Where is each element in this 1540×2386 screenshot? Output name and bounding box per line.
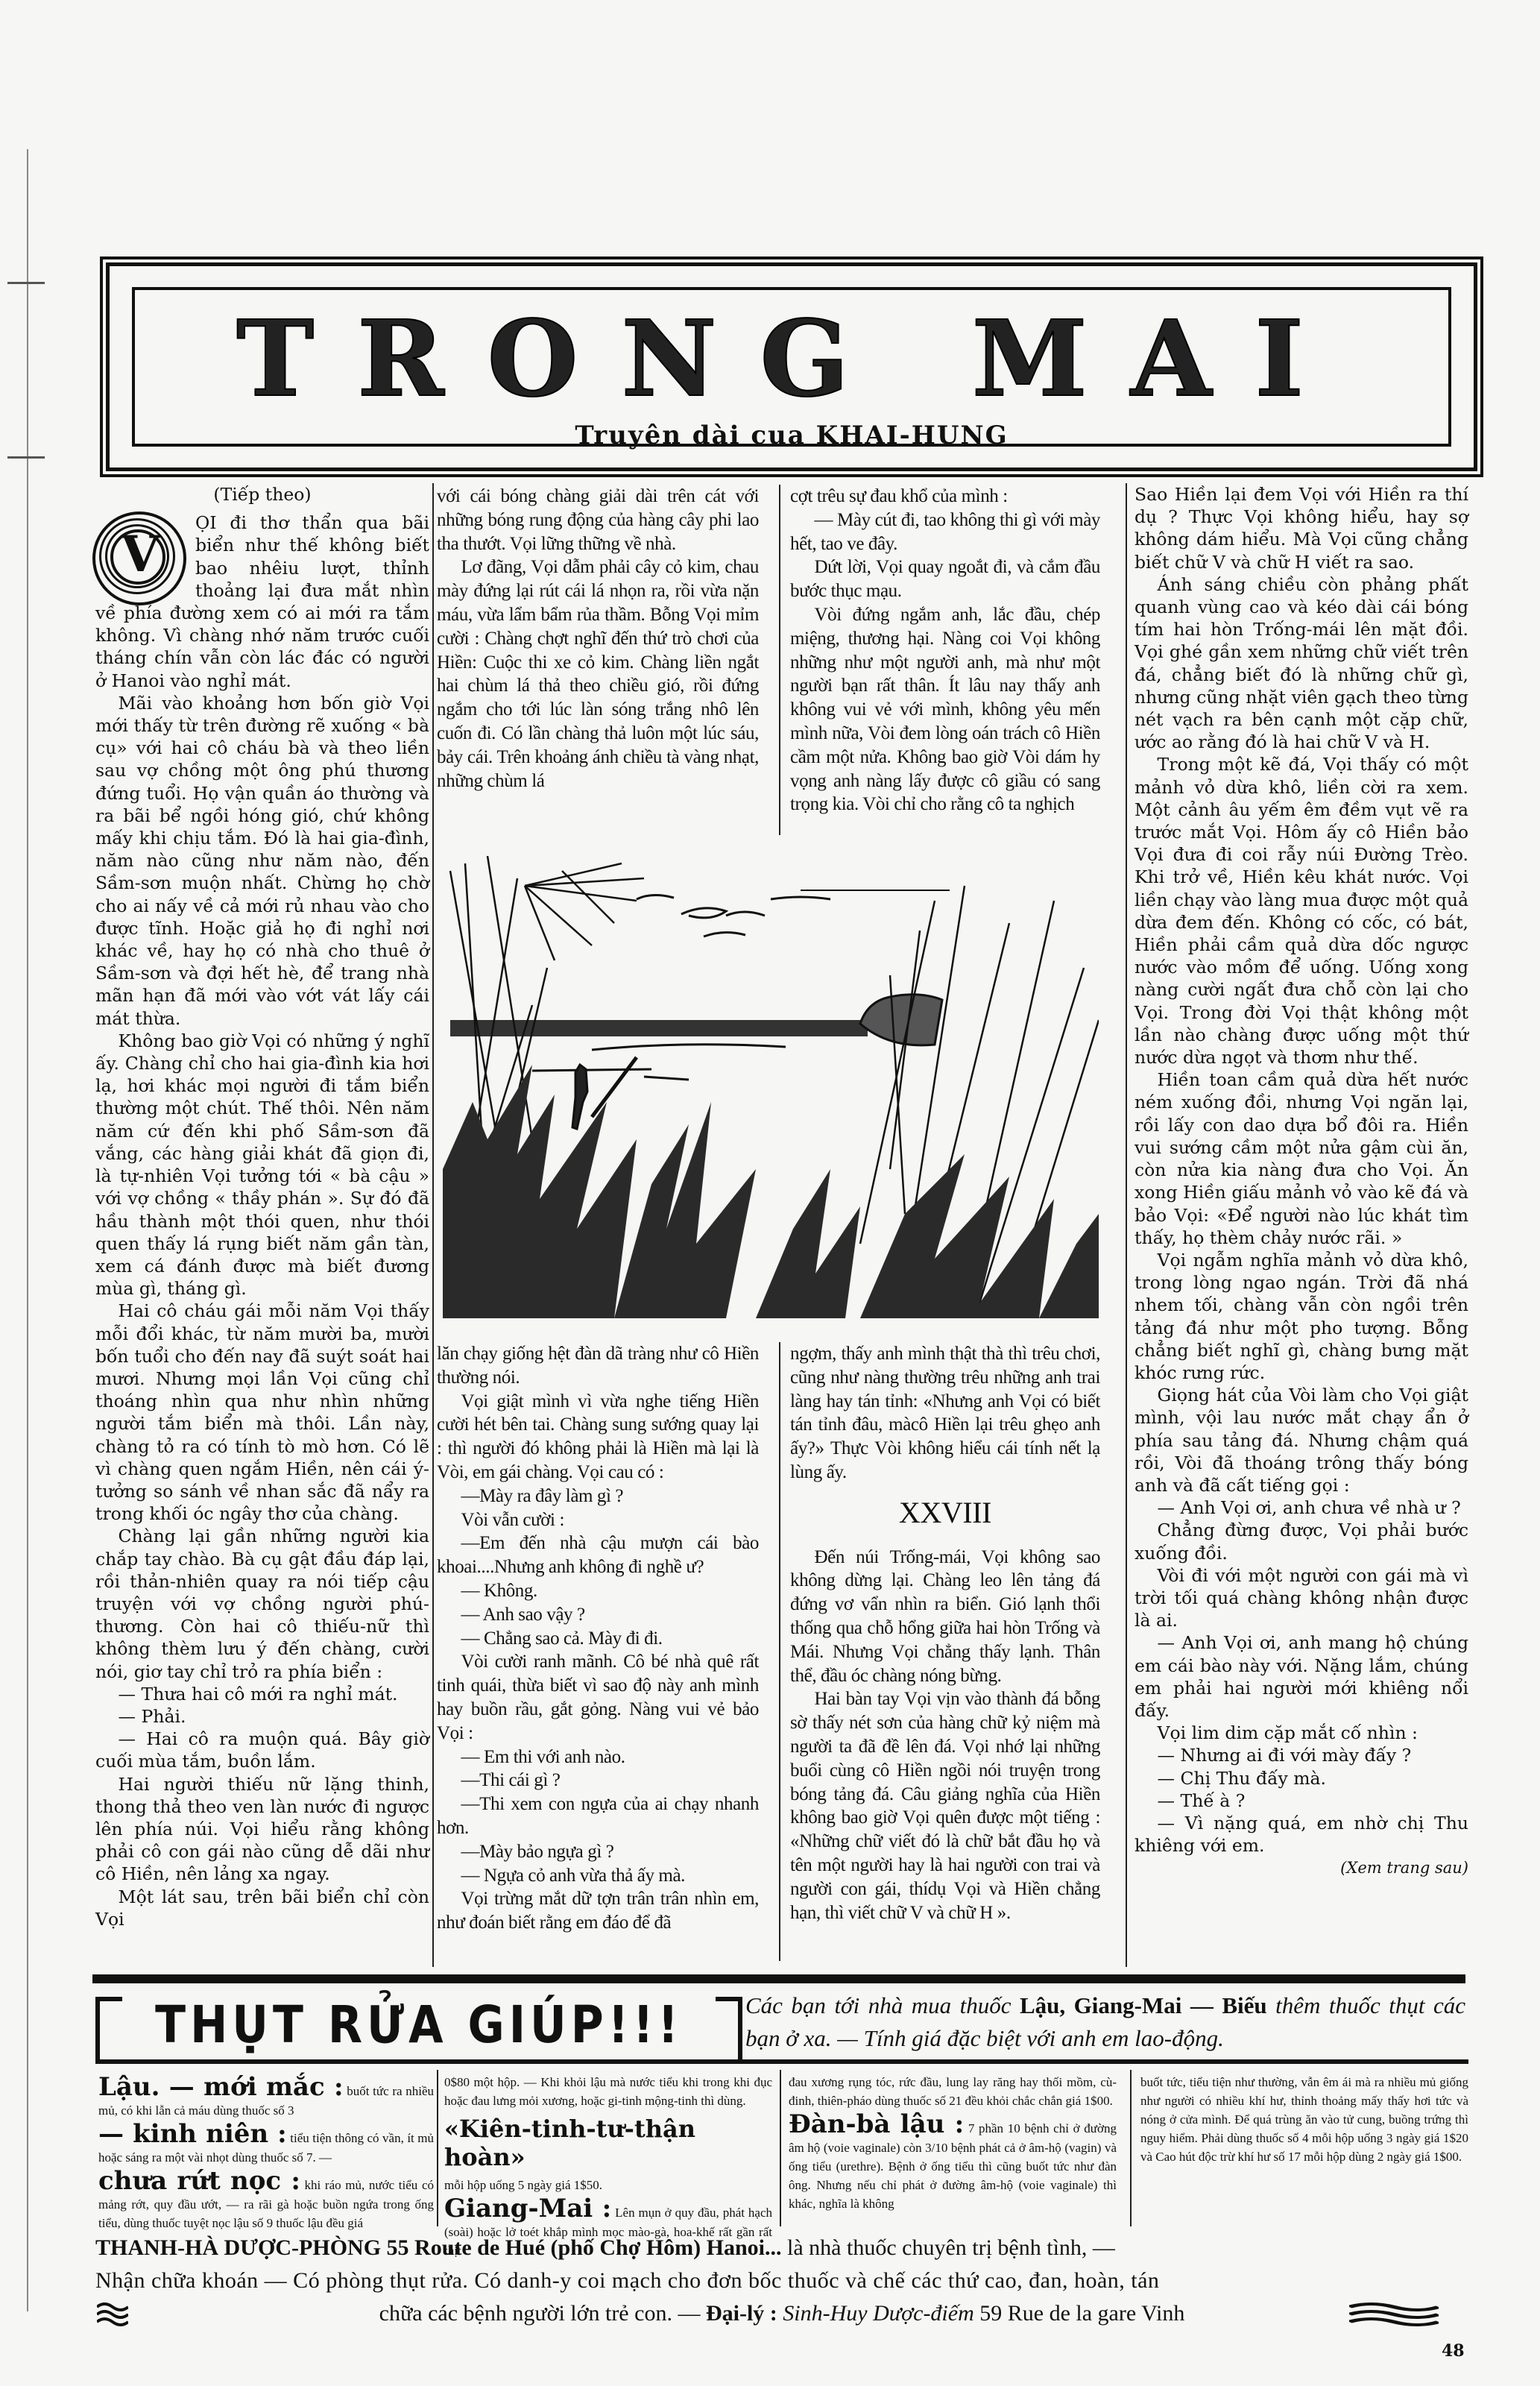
paragraph: với cái bóng chàng giải dài trên cát với… xyxy=(437,485,759,555)
edge-mark xyxy=(7,456,45,459)
paragraph: cợt trêu sự đau khổ của mình : xyxy=(790,485,1100,509)
paragraph: Hai cô cháu gái mỗi năm Vọi thấy mỗi đổi… xyxy=(95,1300,429,1525)
paragraph: Vọi lim dim cặp mắt cố nhìn : xyxy=(1135,1722,1468,1744)
pharmacy-services-line: Nhận chữa khoán — Có phòng thụt rửa. Có … xyxy=(95,2267,1468,2295)
paragraph: Vọi trừng mắt dữ tợn trân trân nhìn em, … xyxy=(437,1887,759,1935)
paragraph: Vòi cười ranh mãnh. Cô bé nhà quê rất ti… xyxy=(437,1650,759,1745)
page-fold-line xyxy=(27,149,28,2311)
chapter-heading: XXVIII xyxy=(790,1501,1100,1525)
paragraph: Lơ đãng, Vọi dẫm phải cây cỏ kim, chau m… xyxy=(437,555,759,793)
paragraph: Chàng lại gần những người kia chắp tay c… xyxy=(95,1525,429,1682)
ad-column-divider xyxy=(437,2070,438,2226)
dialogue-line: — Nhưng ai đi với mày đấy ? xyxy=(1135,1744,1468,1766)
dialogue-line: —Mày ra đây làm gì ? xyxy=(437,1485,759,1508)
wave-ornament-icon xyxy=(1349,2302,1439,2328)
ad-top-rule xyxy=(92,1974,1465,1983)
dialogue-line: — Hai cô ra muộn quá. Bây giờ cuối mùa t… xyxy=(95,1728,429,1772)
paragraph: Vòi đứng ngắm anh, lắc đầu, chép miệng, … xyxy=(790,603,1100,816)
ad-box-rule xyxy=(95,2059,1468,2064)
beach-scene-illustration xyxy=(443,856,1099,1318)
ad-headline: THỤT RỬA GIÚP!!! xyxy=(122,1991,716,2059)
paragraph: Đến núi Trống-mái, Vọi không sao không d… xyxy=(790,1546,1100,1688)
paragraph: Giọng hát của Vòi làm cho Vọi giật mình,… xyxy=(1135,1384,1468,1496)
wave-ornament-icon xyxy=(97,2302,128,2328)
dialogue-line: —Em đến nhà cậu mượn cái bào khoai....Nh… xyxy=(437,1532,759,1579)
dialogue-line: — Anh Vọi ơi, anh chưa về nhà ư ? xyxy=(1135,1496,1468,1519)
paragraph: Vọi ngẫm nghĩa mảnh vỏ dừa khô, trong lò… xyxy=(1135,1249,1468,1384)
story-column-2-bottom: lăn chạy giống hệt đàn dã tràng như cô H… xyxy=(437,1342,759,1935)
dialogue-line: — Phải. xyxy=(95,1705,429,1728)
paragraph: Vọi giật mình vì vừa nghe tiếng Hiền cườ… xyxy=(437,1390,759,1485)
paragraph: Trong một kẽ đá, Vọi thấy có một mảnh vỏ… xyxy=(1135,753,1468,1068)
paragraph: Vòi đi với một người con gái mà vì trời … xyxy=(1135,1564,1468,1632)
paragraph: ngợm, thấy anh mình thật thà thì trêu ch… xyxy=(790,1342,1100,1485)
paragraph: Không bao giờ Vọi có những ý nghĩ ấy. Ch… xyxy=(95,1030,429,1300)
edge-mark xyxy=(7,282,45,284)
dropcap-v-icon: V xyxy=(92,511,188,599)
product-name: «Kiên-tinh-tư-thận hoàn» xyxy=(444,2115,772,2171)
paragraph: Vòi vẫn cười : xyxy=(437,1508,759,1532)
ad-column-1: Lậu. — mới mắc : buốt tức ra nhiều mủ, c… xyxy=(98,2073,434,2232)
paragraph: Ánh sáng chiều còn phảng phất quanh vùng… xyxy=(1135,573,1468,754)
dialogue-line: — Anh sao vậy ? xyxy=(437,1603,759,1627)
ad-column-2: 0$80 một hộp. — Khi khỏi lậu mà nước tiể… xyxy=(444,2073,772,2260)
masthead-frame: TRONG MAI Truyên dài cua KHAI-HUNG xyxy=(106,262,1477,471)
ad-column-4: buốt tức, tiểu tiện như thường, vẫn êm á… xyxy=(1140,2073,1468,2166)
pharmacy-address-line: THANH-HÀ DƯỢC-PHÒNG 55 Route de Hué (phố… xyxy=(95,2234,1468,2262)
story-column-4: Sao Hiền lại đem Vọi với Hiền ra thí dụ … xyxy=(1135,483,1468,1880)
ad-tagline: Các bạn tới nhà mua thuốc Lậu, Giang-Mai… xyxy=(745,1989,1465,2055)
ad-column-3: đau xương rụng tóc, rức đầu, lung lay ră… xyxy=(789,2073,1117,2213)
column-divider xyxy=(779,1342,780,1961)
paragraph: Sao Hiền lại đem Vọi với Hiền ra thí dụ … xyxy=(1135,483,1468,573)
paragraph: Chẳng đừng được, Vọi phải bước xuống đồi… xyxy=(1135,1519,1468,1564)
story-title: TRONG MAI xyxy=(135,303,1448,415)
dialogue-line: — Ngựa cỏ anh vừa thả ấy mà. xyxy=(437,1864,759,1888)
dialogue-line: — Không. xyxy=(437,1579,759,1603)
dialogue-line: — Anh Vọi ơi, anh mang hộ chúng em cái b… xyxy=(1135,1631,1468,1722)
column-divider xyxy=(432,483,434,1967)
paragraph: Dứt lời, Vọi quay ngoắt đi, và cắm đầu b… xyxy=(790,555,1100,603)
story-subtitle: Truyên dài cua KHAI-HUNG xyxy=(135,421,1448,450)
paragraph: lăn chạy giống hệt đàn dã tràng như cô H… xyxy=(437,1342,759,1390)
paragraph: Hai bàn tay Vọi vịn vào thành đá bỗng sờ… xyxy=(790,1687,1100,1924)
dialogue-line: — Thế à ? xyxy=(1135,1789,1468,1812)
dialogue-line: — Chẳng sao cả. Mày đi đi. xyxy=(437,1627,759,1651)
story-column-2-top: với cái bóng chàng giải dài trên cát với… xyxy=(437,485,759,793)
story-column-3-bottom: ngợm, thấy anh mình thật thà thì trêu ch… xyxy=(790,1342,1100,1924)
pharmacy-agent-line: chữa các bệnh người lớn trẻ con. — Đại-l… xyxy=(95,2300,1468,2328)
ad-column-divider xyxy=(1130,2070,1132,2226)
paragraph: Hai người thiếu nữ lặng thinh, thong thả… xyxy=(95,1773,429,1886)
paragraph: Một lát sau, trên bãi biển chỉ còn Vọi xyxy=(95,1886,429,1930)
dialogue-line: — Vì nặng quá, em nhờ chị Thu khiêng với… xyxy=(1135,1812,1468,1857)
masthead-inner-frame: TRONG MAI Truyên dài cua KHAI-HUNG xyxy=(132,287,1451,447)
dialogue-line: — Mày cút đi, tao không thi gì với mày h… xyxy=(790,509,1100,556)
column-divider xyxy=(1126,483,1127,1967)
dialogue-line: — Thưa hai cô mới ra nghỉ mát. xyxy=(95,1683,429,1705)
dialogue-line: — Em thi với anh nào. xyxy=(437,1746,759,1769)
dialogue-line: — Chị Thu đấy mà. xyxy=(1135,1767,1468,1789)
see-next-page-label: (Xem trang sau) xyxy=(1135,1857,1468,1879)
ad-headline-box: THỤT RỬA GIÚP!!! xyxy=(95,1997,742,2064)
dialogue-line: —Thi xem con ngựa của ai chạy nhanh hơn. xyxy=(437,1792,759,1840)
dialogue-line: —Thi cái gì ? xyxy=(437,1769,759,1792)
story-column-3-top: cợt trêu sự đau khổ của mình : — Mày cút… xyxy=(790,485,1100,816)
dialogue-line: —Mày bảo ngựa gì ? xyxy=(437,1840,759,1864)
page-number: 48 xyxy=(1442,2341,1465,2361)
column-divider xyxy=(779,485,780,835)
paragraph: Hiền toan cầm quả dừa hết nước ném xuống… xyxy=(1135,1068,1468,1249)
continued-label: (Tiếp theo) xyxy=(95,483,429,506)
paragraph: Mãi vào khoảng hơn bốn giờ Vọi mới thấy … xyxy=(95,692,429,1030)
ad-column-divider xyxy=(780,2070,781,2226)
newspaper-page: TRONG MAI Truyên dài cua KHAI-HUNG (Tiếp… xyxy=(0,0,1540,2386)
story-column-1: (Tiếp theo) V ỌI đi thơ thẩn qua bãi biể… xyxy=(95,483,429,1930)
